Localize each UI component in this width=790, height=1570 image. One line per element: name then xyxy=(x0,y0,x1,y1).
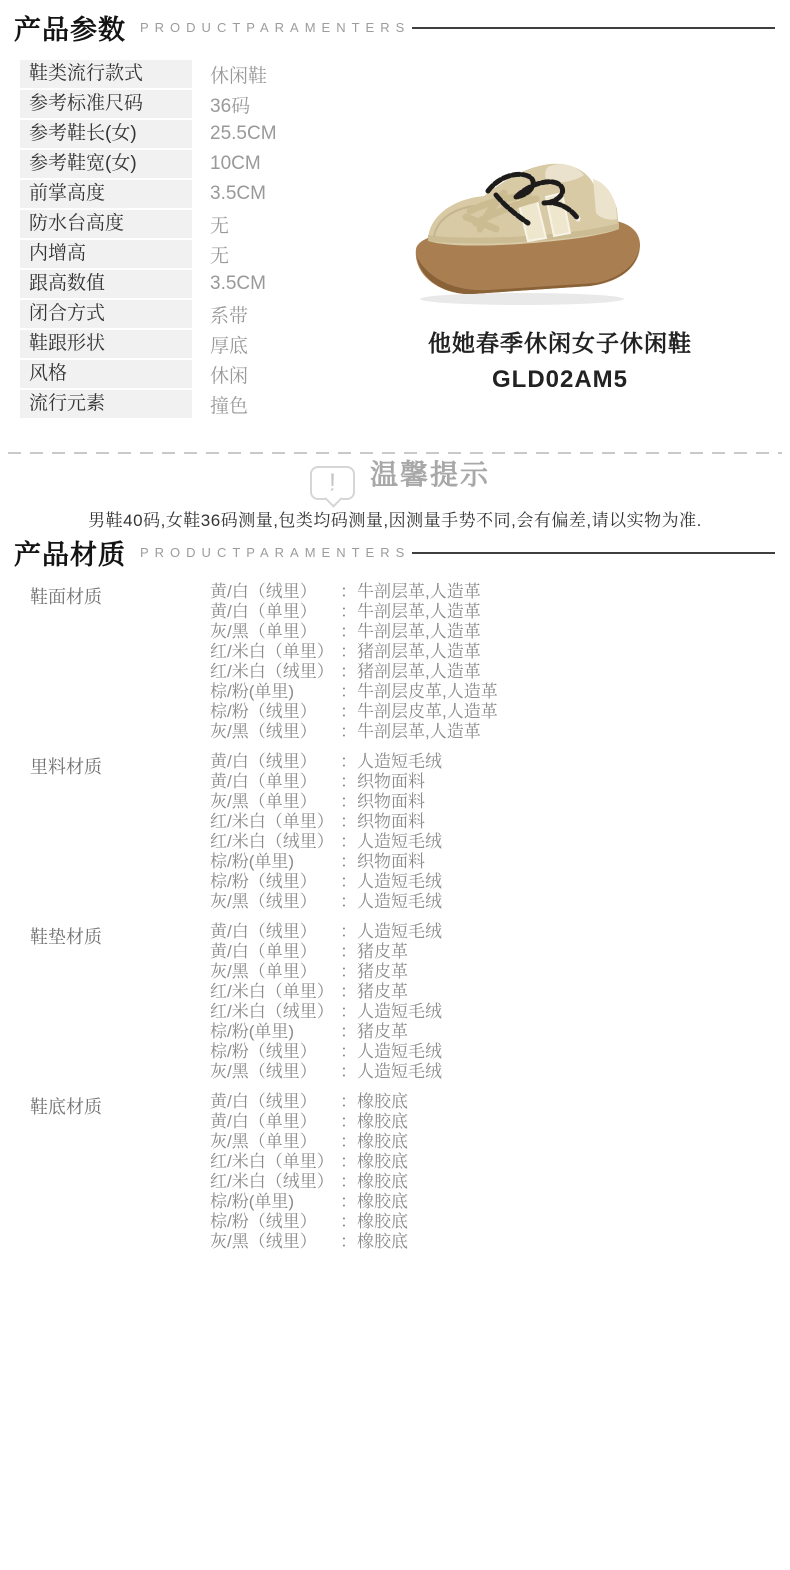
variant-name: 灰/黑（单里） xyxy=(210,792,340,812)
notice-title: 温馨提示 xyxy=(370,453,490,493)
param-label: 参考标准尺码 xyxy=(20,90,192,118)
material-value: 人造短毛绒 xyxy=(357,872,442,892)
variant-name: 黄/白（单里） xyxy=(210,772,340,792)
material-value: 人造短毛绒 xyxy=(357,832,442,852)
colon-separator: ： xyxy=(340,792,357,812)
material-value: 橡胶底 xyxy=(357,1132,408,1152)
colon-separator: ： xyxy=(340,642,357,662)
header-rule-line xyxy=(412,552,775,554)
material-group-label: 鞋面材质 xyxy=(30,583,102,609)
variant-name: 黄/白（绒里） xyxy=(210,752,340,772)
header-rule-line xyxy=(412,27,775,29)
material-group: 鞋底材质 黄/白（绒里） ： 橡胶底 黄/白（单里） ： 橡胶底 灰/黑（单里）… xyxy=(0,1092,790,1252)
material-value: 牛剖层革,人造革 xyxy=(357,622,481,642)
material-value: 织物面料 xyxy=(357,772,425,792)
param-value: 无 xyxy=(210,241,229,268)
material-value: 人造短毛绒 xyxy=(357,892,442,912)
material-value: 人造短毛绒 xyxy=(357,1002,442,1022)
material-value: 橡胶底 xyxy=(357,1112,408,1132)
param-label: 内增高 xyxy=(20,240,192,268)
section-subtitle: PRODUCTPARAMENTERS xyxy=(140,20,410,35)
variant-name: 红/米白（绒里） xyxy=(210,832,340,852)
material-value: 人造短毛绒 xyxy=(357,1062,442,1082)
colon-separator: ： xyxy=(340,1212,357,1232)
material-value: 橡胶底 xyxy=(357,1192,408,1212)
variant-name: 灰/黑（绒里） xyxy=(210,1062,340,1082)
section-subtitle: PRODUCTPARAMENTERS xyxy=(140,545,410,560)
variant-name: 棕/粉(单里) xyxy=(210,682,340,702)
material-row: 黄/白（绒里） ： 橡胶底 xyxy=(210,1092,790,1112)
material-group-label: 鞋底材质 xyxy=(30,1093,102,1119)
variant-name: 棕/粉(单里) xyxy=(210,852,340,872)
colon-separator: ： xyxy=(340,1112,357,1132)
material-value: 橡胶底 xyxy=(357,1232,408,1252)
material-value: 织物面料 xyxy=(357,792,425,812)
material-value: 牛剖层革,人造革 xyxy=(357,602,481,622)
material-row: 红/米白（绒里） ： 猪剖层革,人造革 xyxy=(210,662,790,682)
variant-name: 灰/黑（绒里） xyxy=(210,892,340,912)
section-title: 产品参数 xyxy=(14,8,126,47)
product-detail-page: 产品参数 PRODUCTPARAMENTERS 鞋类流行款式 休闲鞋 参考标准尺… xyxy=(0,0,790,1570)
material-groups: 鞋面材质 黄/白（绒里） ： 牛剖层革,人造革 黄/白（单里） ： 牛剖层革,人… xyxy=(0,582,790,1262)
variant-name: 红/米白（单里） xyxy=(210,1152,340,1172)
material-row: 黄/白（绒里） ： 人造短毛绒 xyxy=(210,922,790,942)
colon-separator: ： xyxy=(340,1022,357,1042)
material-row: 灰/黑（单里） ： 织物面料 xyxy=(210,792,790,812)
param-value: 25.5CM xyxy=(210,123,277,145)
variant-name: 灰/黑（绒里） xyxy=(210,722,340,742)
material-value: 牛剖层革,人造革 xyxy=(357,582,481,602)
section-title: 产品材质 xyxy=(14,533,126,572)
variant-name: 黄/白（单里） xyxy=(210,602,340,622)
notice-body-text: 男鞋40码,女鞋36码测量,包类均码测量,因测量手势不同,会有偏差,请以实物为准… xyxy=(0,506,790,531)
material-value: 猪剖层革,人造革 xyxy=(357,662,481,682)
section-header-params: 产品参数 PRODUCTPARAMENTERS xyxy=(0,8,790,47)
material-value: 人造短毛绒 xyxy=(357,922,442,942)
colon-separator: ： xyxy=(340,1172,357,1192)
colon-separator: ： xyxy=(340,872,357,892)
material-row: 灰/黑（绒里） ： 人造短毛绒 xyxy=(210,1062,790,1082)
material-row: 红/米白（单里） ： 猪皮革 xyxy=(210,982,790,1002)
material-row: 黄/白（单里） ： 织物面料 xyxy=(210,772,790,792)
colon-separator: ： xyxy=(340,1062,357,1082)
colon-separator: ： xyxy=(340,982,357,1002)
colon-separator: ： xyxy=(340,662,357,682)
colon-separator: ： xyxy=(340,772,357,792)
product-name: 他她春季休闲女子休闲鞋 xyxy=(330,325,790,358)
material-row: 棕/粉（绒里） ： 牛剖层皮革,人造革 xyxy=(210,702,790,722)
param-value: 无 xyxy=(210,211,229,238)
material-group: 鞋垫材质 黄/白（绒里） ： 人造短毛绒 黄/白（单里） ： 猪皮革 灰/黑（单… xyxy=(0,922,790,1082)
variant-name: 红/米白（单里） xyxy=(210,982,340,1002)
material-row: 棕/粉(单里) ： 橡胶底 xyxy=(210,1192,790,1212)
material-value: 猪皮革 xyxy=(357,982,408,1002)
param-row: 参考标准尺码 36码 xyxy=(20,90,450,118)
material-row: 棕/粉（绒里） ： 人造短毛绒 xyxy=(210,1042,790,1062)
material-row: 红/米白（绒里） ： 人造短毛绒 xyxy=(210,1002,790,1022)
param-value: 厚底 xyxy=(210,331,248,358)
material-rows: 黄/白（绒里） ： 人造短毛绒 黄/白（单里） ： 猪皮革 灰/黑（单里） ： … xyxy=(210,922,790,1082)
product-model-code: GLD02AM5 xyxy=(330,366,790,394)
colon-separator: ： xyxy=(340,752,357,772)
section-header-materials: 产品材质 PRODUCTPARAMENTERS xyxy=(0,533,790,572)
material-row: 灰/黑（绒里） ： 人造短毛绒 xyxy=(210,892,790,912)
exclamation-bubble-icon: ! xyxy=(310,466,355,500)
material-row: 红/米白（绒里） ： 人造短毛绒 xyxy=(210,832,790,852)
variant-name: 黄/白（单里） xyxy=(210,1112,340,1132)
material-group-label: 鞋垫材质 xyxy=(30,923,102,949)
material-value: 猪剖层革,人造革 xyxy=(357,642,481,662)
variant-name: 红/米白（绒里） xyxy=(210,662,340,682)
product-image xyxy=(400,145,650,305)
colon-separator: ： xyxy=(340,1042,357,1062)
variant-name: 黄/白（单里） xyxy=(210,942,340,962)
param-value: 3.5CM xyxy=(210,183,266,205)
colon-separator: ： xyxy=(340,1002,357,1022)
colon-separator: ： xyxy=(340,582,357,602)
material-row: 灰/黑（绒里） ： 橡胶底 xyxy=(210,1232,790,1252)
material-group: 鞋面材质 黄/白（绒里） ： 牛剖层革,人造革 黄/白（单里） ： 牛剖层革,人… xyxy=(0,582,790,742)
material-group: 里料材质 黄/白（绒里） ： 人造短毛绒 黄/白（单里） ： 织物面料 灰/黑（… xyxy=(0,752,790,912)
material-rows: 黄/白（绒里） ： 橡胶底 黄/白（单里） ： 橡胶底 灰/黑（单里） ： 橡胶… xyxy=(210,1092,790,1252)
param-label: 流行元素 xyxy=(20,390,192,418)
variant-name: 红/米白（绒里） xyxy=(210,1002,340,1022)
colon-separator: ： xyxy=(340,722,357,742)
variant-name: 棕/粉（绒里） xyxy=(210,702,340,722)
material-value: 织物面料 xyxy=(357,812,425,832)
param-label: 闭合方式 xyxy=(20,300,192,328)
material-row: 黄/白（单里） ： 橡胶底 xyxy=(210,1112,790,1132)
param-label: 跟高数值 xyxy=(20,270,192,298)
variant-name: 棕/粉（绒里） xyxy=(210,872,340,892)
variant-name: 黄/白（绒里） xyxy=(210,1092,340,1112)
material-rows: 黄/白（绒里） ： 牛剖层革,人造革 黄/白（单里） ： 牛剖层革,人造革 灰/… xyxy=(210,582,790,742)
material-value: 人造短毛绒 xyxy=(357,752,442,772)
material-row: 灰/黑（单里） ： 牛剖层革,人造革 xyxy=(210,622,790,642)
variant-name: 红/米白（单里） xyxy=(210,812,340,832)
material-row: 灰/黑（绒里） ： 牛剖层革,人造革 xyxy=(210,722,790,742)
param-value: 系带 xyxy=(210,301,248,328)
param-label: 防水台高度 xyxy=(20,210,192,238)
variant-name: 红/米白（单里） xyxy=(210,642,340,662)
material-value: 人造短毛绒 xyxy=(357,1042,442,1062)
colon-separator: ： xyxy=(340,852,357,872)
param-label: 前掌高度 xyxy=(20,180,192,208)
colon-separator: ： xyxy=(340,942,357,962)
material-row: 红/米白（绒里） ： 橡胶底 xyxy=(210,1172,790,1192)
material-row: 红/米白（单里） ： 猪剖层革,人造革 xyxy=(210,642,790,662)
material-row: 棕/粉(单里) ： 猪皮革 xyxy=(210,1022,790,1042)
param-value: 撞色 xyxy=(210,391,248,418)
product-area: 他她春季休闲女子休闲鞋 GLD02AM5 xyxy=(330,130,790,420)
param-row: 鞋类流行款式 休闲鞋 xyxy=(20,60,450,88)
colon-separator: ： xyxy=(340,682,357,702)
param-value: 休闲 xyxy=(210,361,248,388)
material-value: 牛剖层皮革,人造革 xyxy=(357,702,498,722)
material-row: 黄/白（单里） ： 牛剖层革,人造革 xyxy=(210,602,790,622)
material-row: 黄/白（绒里） ： 人造短毛绒 xyxy=(210,752,790,772)
variant-name: 棕/粉(单里) xyxy=(210,1192,340,1212)
material-value: 橡胶底 xyxy=(357,1212,408,1232)
colon-separator: ： xyxy=(340,1132,357,1152)
colon-separator: ： xyxy=(340,1092,357,1112)
colon-separator: ： xyxy=(340,702,357,722)
material-row: 灰/黑（单里） ： 猪皮革 xyxy=(210,962,790,982)
material-value: 猪皮革 xyxy=(357,1022,408,1042)
colon-separator: ： xyxy=(340,1192,357,1212)
variant-name: 棕/粉（绒里） xyxy=(210,1042,340,1062)
material-row: 黄/白（单里） ： 猪皮革 xyxy=(210,942,790,962)
material-value: 牛剖层皮革,人造革 xyxy=(357,682,498,702)
colon-separator: ： xyxy=(340,922,357,942)
param-label: 参考鞋宽(女) xyxy=(20,150,192,178)
material-row: 棕/粉(单里) ： 牛剖层皮革,人造革 xyxy=(210,682,790,702)
variant-name: 灰/黑（单里） xyxy=(210,1132,340,1152)
variant-name: 棕/粉(单里) xyxy=(210,1022,340,1042)
colon-separator: ： xyxy=(340,602,357,622)
colon-separator: ： xyxy=(340,812,357,832)
variant-name: 红/米白（绒里） xyxy=(210,1172,340,1192)
colon-separator: ： xyxy=(340,892,357,912)
material-row: 红/米白（单里） ： 织物面料 xyxy=(210,812,790,832)
param-label: 鞋类流行款式 xyxy=(20,60,192,88)
material-row: 红/米白（单里） ： 橡胶底 xyxy=(210,1152,790,1172)
colon-separator: ： xyxy=(340,1152,357,1172)
variant-name: 灰/黑（绒里） xyxy=(210,1232,340,1252)
variant-name: 棕/粉（绒里） xyxy=(210,1212,340,1232)
material-group-label: 里料材质 xyxy=(30,753,102,779)
variant-name: 黄/白（绒里） xyxy=(210,582,340,602)
material-value: 猪皮革 xyxy=(357,942,408,962)
colon-separator: ： xyxy=(340,832,357,852)
param-label: 参考鞋长(女) xyxy=(20,120,192,148)
material-row: 棕/粉（绒里） ： 人造短毛绒 xyxy=(210,872,790,892)
colon-separator: ： xyxy=(340,622,357,642)
material-value: 牛剖层革,人造革 xyxy=(357,722,481,742)
param-value: 36码 xyxy=(210,91,250,118)
material-value: 猪皮革 xyxy=(357,962,408,982)
colon-separator: ： xyxy=(340,1232,357,1252)
param-value: 休闲鞋 xyxy=(210,61,267,88)
exclamation-glyph: ! xyxy=(329,469,336,498)
sneaker-illustration xyxy=(400,145,650,310)
variant-name: 灰/黑（单里） xyxy=(210,622,340,642)
material-row: 棕/粉(单里) ： 织物面料 xyxy=(210,852,790,872)
material-value: 橡胶底 xyxy=(357,1152,408,1172)
material-value: 橡胶底 xyxy=(357,1092,408,1112)
param-value: 10CM xyxy=(210,153,261,175)
material-row: 黄/白（绒里） ： 牛剖层革,人造革 xyxy=(210,582,790,602)
param-value: 3.5CM xyxy=(210,273,266,295)
material-row: 灰/黑（单里） ： 橡胶底 xyxy=(210,1132,790,1152)
variant-name: 灰/黑（单里） xyxy=(210,962,340,982)
colon-separator: ： xyxy=(340,962,357,982)
variant-name: 黄/白（绒里） xyxy=(210,922,340,942)
material-value: 织物面料 xyxy=(357,852,425,872)
material-value: 橡胶底 xyxy=(357,1172,408,1192)
material-rows: 黄/白（绒里） ： 人造短毛绒 黄/白（单里） ： 织物面料 灰/黑（单里） ：… xyxy=(210,752,790,912)
param-label: 风格 xyxy=(20,360,192,388)
param-label: 鞋跟形状 xyxy=(20,330,192,358)
material-row: 棕/粉（绒里） ： 橡胶底 xyxy=(210,1212,790,1232)
